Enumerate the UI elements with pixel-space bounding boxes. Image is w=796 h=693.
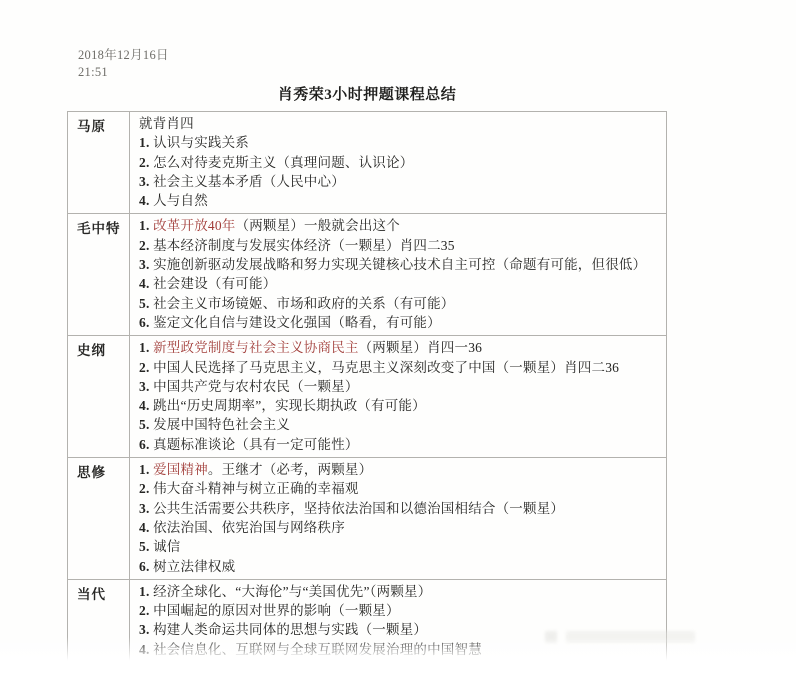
item-number: 2. xyxy=(139,603,153,618)
item-line: 6. 真题标准谈论（具有一定可能性） xyxy=(139,435,660,454)
item-text: 实施创新驱动发展战略和努力实现关键核心技术自主可控（命题有可能，但很低） xyxy=(153,257,646,272)
item-line: 6. 树立法律权威 xyxy=(139,557,660,576)
item-line: 1. 改革开放40年（两颗星）一般就会出这个 xyxy=(139,216,660,235)
item-text: 依法治国、依宪治国与网络秩序 xyxy=(153,520,345,535)
table-row: 毛中特1. 改革开放40年（两颗星）一般就会出这个2. 基本经济制度与发展实体经… xyxy=(68,213,666,335)
item-number: 1. xyxy=(139,340,153,355)
item-line: 1. 爱国精神。王继才（必考，两颗星） xyxy=(139,460,660,479)
table-row: 当代1. 经济全球化、“大海伦”与“美国优先”（两颗星）2. 中国崛起的原因对世… xyxy=(68,579,666,662)
item-text: 社会主义市场镜姬、市场和政府的关系（有可能） xyxy=(153,296,454,311)
table-row: 史纲1. 新型政党制度与社会主义协商民主（两颗星）肖四一362. 中国人民选择了… xyxy=(68,335,666,457)
table-row: 马原就背肖四1. 认识与实践关系2. 怎么对待麦克斯主义（真理问题、认识论）3.… xyxy=(68,112,666,213)
item-text: 就背肖四 xyxy=(139,116,194,131)
item-line: 1. 经济全球化、“大海伦”与“美国优先”（两颗星） xyxy=(139,582,660,601)
item-text: 鉴定文化自信与建设文化强国（略看，有可能） xyxy=(153,315,441,330)
item-text: 伟大奋斗精神与树立正确的幸福观 xyxy=(153,481,359,496)
row-content: 1. 改革开放40年（两颗星）一般就会出这个2. 基本经济制度与发展实体经济（一… xyxy=(130,214,666,335)
item-text: 诚信 xyxy=(153,539,180,554)
item-text: 公共生活需要公共秩序，坚持依法治国和以德治国相结合（一颗星） xyxy=(153,501,564,516)
item-number: 5. xyxy=(139,417,153,432)
item-text: 。王继才（必考，两颗星） xyxy=(208,462,372,477)
item-number: 5. xyxy=(139,296,153,311)
item-line: 3. 中国共产党与农村农民（一颗星） xyxy=(139,377,660,396)
summary-table-body: 马原就背肖四1. 认识与实践关系2. 怎么对待麦克斯主义（真理问题、认识论）3.… xyxy=(68,112,666,662)
item-line: 2. 中国人民选择了马克思主义，马克思主义深刻改变了中国（一颗星）肖四二36 xyxy=(139,358,660,377)
item-number: 3. xyxy=(139,622,153,637)
item-text: 社会主义基本矛盾（人民中心） xyxy=(153,174,345,189)
item-text: （两颗星）一般就会出这个 xyxy=(236,218,400,233)
item-line: 4. 社会建设（有可能） xyxy=(139,274,660,293)
item-number: 2. xyxy=(139,481,153,496)
item-number: 3. xyxy=(139,379,153,394)
summary-table: 马原就背肖四1. 认识与实践关系2. 怎么对待麦克斯主义（真理问题、认识论）3.… xyxy=(67,111,667,662)
item-number: 3. xyxy=(139,174,153,189)
item-text: 怎么对待麦克斯主义（真理问题、认识论） xyxy=(153,155,413,170)
item-number: 3. xyxy=(139,257,153,272)
item-line: 4. 人与自然 xyxy=(139,191,660,210)
item-text: 经济全球化、“大海伦”与“美国优先”（两颗星） xyxy=(153,584,431,599)
item-text: 中国崛起的原因对世界的影响（一颗星） xyxy=(153,603,400,618)
table-row: 思修1. 爱国精神。王继才（必考，两颗星）2. 伟大奋斗精神与树立正确的幸福观3… xyxy=(68,457,666,579)
note-date: 2018年12月16日 xyxy=(78,47,169,64)
item-line: 2. 中国崛起的原因对世界的影响（一颗星） xyxy=(139,601,660,620)
row-label: 马原 xyxy=(68,112,130,213)
row-content: 就背肖四1. 认识与实践关系2. 怎么对待麦克斯主义（真理问题、认识论）3. 社… xyxy=(130,112,666,213)
item-line: 就背肖四 xyxy=(139,114,660,133)
item-line: 5. 发展中国特色社会主义 xyxy=(139,415,660,434)
item-text: 社会信息化、互联网与全球互联网发展治理的中国智慧 xyxy=(153,642,482,657)
item-text: 中国共产党与农村农民（一颗星） xyxy=(153,379,359,394)
row-content: 1. 爱国精神。王继才（必考，两颗星）2. 伟大奋斗精神与树立正确的幸福观3. … xyxy=(130,458,666,579)
item-number: 4. xyxy=(139,642,153,657)
highlighted-text: 新型政党制度与社会主义协商民主 xyxy=(153,340,359,355)
item-text: 社会建设（有可能） xyxy=(153,276,276,291)
page-title: 肖秀荣3小时押题课程总结 xyxy=(67,83,667,104)
item-line: 2. 怎么对待麦克斯主义（真理问题、认识论） xyxy=(139,153,660,172)
item-line: 4. 依法治国、依宪治国与网络秩序 xyxy=(139,518,660,537)
item-text: 中国人民选择了马克思主义，马克思主义深刻改变了中国（一颗星）肖四二36 xyxy=(153,360,619,375)
item-line: 3. 实施创新驱动发展战略和努力实现关键核心技术自主可控（命题有可能，但很低） xyxy=(139,255,660,274)
item-number: 6. xyxy=(139,559,153,574)
note-time: 21:51 xyxy=(78,64,169,81)
item-number: 1. xyxy=(139,135,153,150)
item-number: 1. xyxy=(139,462,153,477)
item-text: 树立法律权威 xyxy=(153,559,235,574)
note-meta: 2018年12月16日 21:51 xyxy=(78,47,169,81)
item-line: 1. 认识与实践关系 xyxy=(139,133,660,152)
document-photo: 2018年12月16日 21:51 肖秀荣3小时押题课程总结 马原就背肖四1. … xyxy=(0,0,796,693)
item-text: 发展中国特色社会主义 xyxy=(153,417,290,432)
item-number: 1. xyxy=(139,584,153,599)
item-text: （两颗星）肖四一36 xyxy=(359,340,483,355)
item-number: 6. xyxy=(139,315,153,330)
item-line: 3. 公共生活需要公共秩序，坚持依法治国和以德治国相结合（一颗星） xyxy=(139,499,660,518)
item-number: 2. xyxy=(139,360,153,375)
row-label: 当代 xyxy=(68,580,130,662)
item-text: 人与自然 xyxy=(153,193,208,208)
item-line: 4. 跳出“历史周期率”，实现长期执政（有可能） xyxy=(139,396,660,415)
highlighted-text: 爱国精神 xyxy=(153,462,208,477)
item-text: 真题标准谈论（具有一定可能性） xyxy=(153,437,359,452)
item-text: 跳出“历史周期率”，实现长期执政（有可能） xyxy=(153,398,426,413)
item-text: 构建人类命运共同体的思想与实践（一颗星） xyxy=(153,622,427,637)
item-line: 2. 基本经济制度与发展实体经济（一颗星）肖四二35 xyxy=(139,236,660,255)
item-number: 3. xyxy=(139,501,153,516)
row-content: 1. 经济全球化、“大海伦”与“美国优先”（两颗星）2. 中国崛起的原因对世界的… xyxy=(130,580,666,662)
item-number: 1. xyxy=(139,218,153,233)
item-number: 5. xyxy=(139,539,153,554)
item-number: 4. xyxy=(139,276,153,291)
item-number: 4. xyxy=(139,398,153,413)
row-content: 1. 新型政党制度与社会主义协商民主（两颗星）肖四一362. 中国人民选择了马克… xyxy=(130,336,666,457)
item-text: 认识与实践关系 xyxy=(153,135,249,150)
item-number: 4. xyxy=(139,520,153,535)
item-number: 6. xyxy=(139,437,153,452)
row-label: 思修 xyxy=(68,458,130,579)
item-line: 5. 诚信 xyxy=(139,537,660,556)
item-number: 2. xyxy=(139,155,153,170)
item-line: 1. 新型政党制度与社会主义协商民主（两颗星）肖四一36 xyxy=(139,338,660,357)
item-line: 2. 伟大奋斗精神与树立正确的幸福观 xyxy=(139,479,660,498)
faint-watermark xyxy=(545,631,695,643)
item-number: 2. xyxy=(139,238,153,253)
item-number: 4. xyxy=(139,193,153,208)
row-label: 史纲 xyxy=(68,336,130,457)
item-line: 6. 鉴定文化自信与建设文化强国（略看，有可能） xyxy=(139,313,660,332)
highlighted-text: 改革开放40年 xyxy=(153,218,235,233)
row-label: 毛中特 xyxy=(68,214,130,335)
item-text: 基本经济制度与发展实体经济（一颗星）肖四二35 xyxy=(153,238,455,253)
item-line: 5. 社会主义市场镜姬、市场和政府的关系（有可能） xyxy=(139,294,660,313)
item-line: 3. 社会主义基本矛盾（人民中心） xyxy=(139,172,660,191)
